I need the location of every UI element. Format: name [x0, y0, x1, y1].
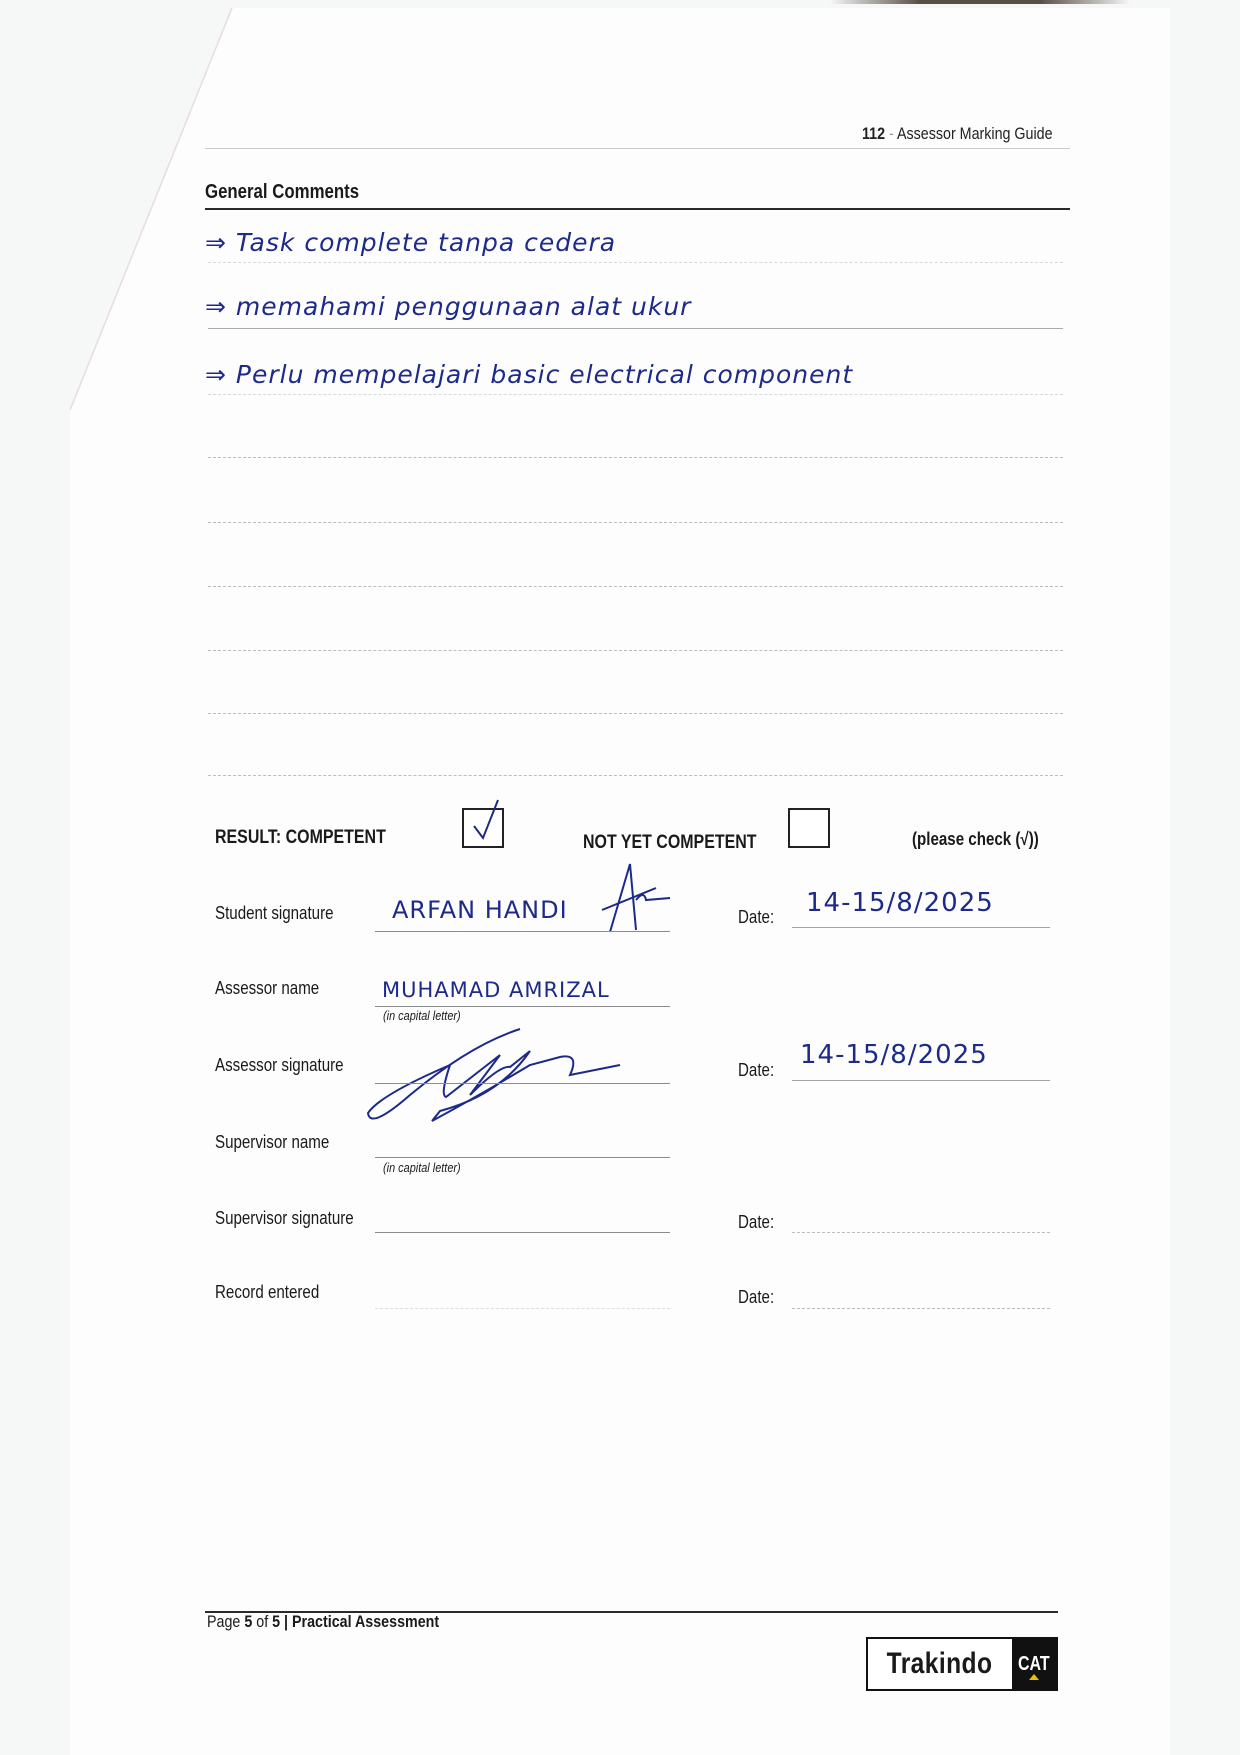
comment-entry: ⇒ Task complete tanpa cedera	[205, 228, 616, 257]
student-date-label: Date:	[738, 907, 774, 928]
assessor-date-line[interactable]	[792, 1080, 1050, 1081]
assessor-name-label: Assessor name	[215, 978, 319, 999]
comment-line	[208, 586, 1063, 588]
student-signature-label: Student signature	[215, 903, 334, 924]
supervisor-signature-line[interactable]	[375, 1232, 670, 1233]
supervisor-name-label: Supervisor name	[215, 1132, 329, 1153]
record-date-line	[792, 1308, 1050, 1310]
assessor-name-value: MUHAMAD AMRIZAL	[382, 978, 610, 1002]
bullet-arrow-icon: ⇒	[205, 228, 227, 257]
competent-checkbox[interactable]	[462, 808, 504, 848]
result-competent-label: RESULT: COMPETENT	[215, 827, 386, 849]
record-entered-label: Record entered	[215, 1282, 319, 1303]
comment-entry: ⇒ Perlu mempelajari basic electrical com…	[205, 360, 853, 389]
assessor-capital-hint: (in capital letter)	[383, 1008, 461, 1023]
comment-line	[208, 457, 1063, 459]
record-date-field[interactable]	[792, 1284, 1050, 1306]
result-not-yet-label: NOT YET COMPETENT	[583, 832, 757, 854]
student-signature-line[interactable]	[375, 931, 670, 932]
assessor-signature-line[interactable]	[375, 1083, 670, 1084]
comment-line	[208, 394, 1063, 396]
bullet-arrow-icon: ⇒	[205, 360, 227, 389]
footer-page-current: 5	[244, 1612, 252, 1631]
supervisor-signature-label: Supervisor signature	[215, 1208, 354, 1229]
header-separator: -	[889, 124, 894, 143]
assessor-date-label: Date:	[738, 1060, 774, 1081]
supervisor-date-field[interactable]	[792, 1208, 1050, 1230]
general-comments-title: General Comments	[205, 181, 359, 204]
supervisor-name-line	[375, 1157, 670, 1158]
assessor-name-line[interactable]	[375, 1006, 670, 1007]
page-header: 112 - Assessor Marking Guide	[862, 124, 1053, 144]
comment-line	[208, 713, 1063, 715]
assessor-signature-mark	[360, 1025, 660, 1135]
header-title: Assessor Marking Guide	[897, 124, 1053, 143]
student-date-line[interactable]	[792, 927, 1050, 928]
header-rule	[205, 148, 1070, 149]
record-date-label: Date:	[738, 1287, 774, 1308]
trakindo-cat-logo: Trakindo CAT	[866, 1637, 1058, 1691]
assessor-signature-label: Assessor signature	[215, 1055, 344, 1076]
student-signature-mark	[596, 860, 696, 940]
header-page-number: 112	[862, 124, 885, 143]
general-comments-rule	[205, 208, 1070, 210]
assessor-date-value: 14-15/8/2025	[800, 1040, 988, 1070]
student-date-value: 14-15/8/2025	[806, 888, 994, 918]
supervisor-capital-hint: (in capital letter)	[383, 1160, 461, 1175]
cat-logo-icon: CAT	[1012, 1639, 1056, 1689]
comment-line	[208, 650, 1063, 652]
logo-wordmark: Trakindo	[868, 1639, 1012, 1689]
bullet-arrow-icon: ⇒	[205, 292, 227, 321]
comment-line	[208, 262, 1063, 264]
comment-line	[208, 328, 1063, 329]
student-signature-name: ARFAN HANDI	[392, 896, 568, 924]
comment-line	[208, 522, 1063, 524]
please-check-note: (please check (√))	[912, 829, 1039, 850]
comment-entry: ⇒ memahami penggunaan alat ukur	[205, 292, 691, 321]
footer-page-total: 5	[272, 1612, 280, 1631]
comment-line	[208, 775, 1063, 777]
footer-section: Practical Assessment	[292, 1612, 439, 1631]
scan-shadow	[830, 0, 1130, 4]
supervisor-date-line	[792, 1232, 1050, 1234]
record-entered-line[interactable]	[375, 1308, 670, 1310]
supervisor-name-field[interactable]	[375, 1130, 670, 1154]
footer-page-info: Page 5 of 5 | Practical Assessment	[207, 1612, 439, 1632]
check-mark-icon	[462, 794, 522, 854]
supervisor-date-label: Date:	[738, 1212, 774, 1233]
not-yet-competent-checkbox[interactable]	[788, 808, 830, 848]
